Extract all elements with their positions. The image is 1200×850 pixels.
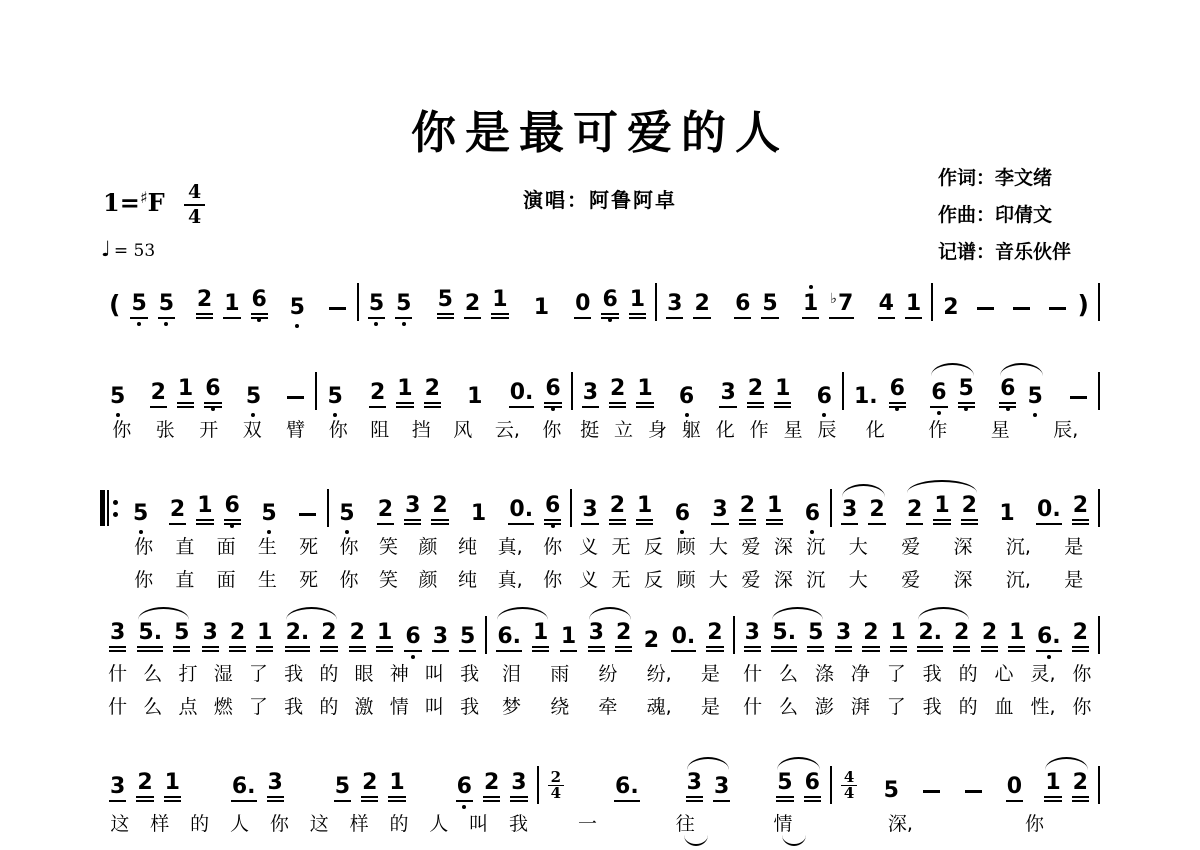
lyric-syllable: 生 [258,536,277,560]
beam-group: 061 [574,289,646,319]
measure: 521210.6你阻挡风云,你 [317,372,572,443]
lyric-syllable: 你 [543,536,562,560]
lyric-syllable: 湃 [851,696,870,720]
note: 1 [533,297,550,319]
note: 5 [260,503,277,525]
measure: (552165 [100,283,359,321]
note: 3 [588,622,605,652]
augmentation-dot: . [788,620,796,645]
lyric-syllable: 牵 [598,696,617,720]
measure: 3221210.2大爱深沉,是大爱深沉,是 [832,489,1100,593]
note: 1 [890,622,907,652]
note: 1 [164,772,181,802]
lyric-syllable: 立 [614,419,633,443]
beam-group: 1 [533,297,550,319]
beam-group: ) [1047,292,1089,319]
note: 6 [674,503,691,525]
lyric-syllable: 颜 [419,569,438,593]
lyric-syllable: 顾 [676,569,695,593]
note: 1 [223,293,240,319]
lyric-syllable: 这 [310,813,329,837]
note: 1 [196,495,213,525]
credits-block: 作词：李文绪 作曲：印倩文 记谱：音乐伙伴 [938,160,1071,271]
note: 1 [636,378,653,408]
note: 6 [930,382,947,408]
augmentation-dot: . [301,620,309,645]
beam-group: 55 [368,293,413,319]
note: 2 [320,622,337,652]
lyric-syllable: 直 [175,569,194,593]
beam-group: 6.2 [1036,622,1089,652]
note: 1 [560,626,577,652]
lyric-syllable: 义 [579,536,598,560]
slur-group: 56 [776,772,821,802]
lyric-syllable: 张 [156,419,175,443]
lyric-syllable: 净 [851,663,870,687]
lyric-syllable: 纯 [458,569,477,593]
dash-note [299,513,316,516]
beam-group: 1.6 [853,378,906,408]
note: 2 [961,495,978,525]
lyric-syllable: 真, [498,569,523,593]
note: 3 [711,499,728,525]
beam-group: 3 [109,622,126,652]
lyric-syllable: 我 [923,663,942,687]
lyric-row: 义无反顾大爱深沉 [572,569,832,593]
lyric-syllable: 大 [849,569,868,593]
notes-row: 523210.6 [329,489,572,527]
lyric-syllable: 真, [498,536,523,560]
note: 1 [532,622,549,652]
note: 1 [256,622,273,652]
slur-group: 33 [686,772,731,802]
measure: 35.53212.2216.2什么涤净了我的心灵,你什么澎湃了我的血性,你 [735,616,1100,720]
lyric-syllable: 生 [258,569,277,593]
lyric-syllable: 你 [134,569,153,593]
lyric-syllable: 面 [217,536,236,560]
lyric-syllable: 了 [887,696,906,720]
notes-row: 246.3356 [539,766,832,804]
note: 3 [835,622,852,652]
lyric-row: 你直面生死 [123,536,329,560]
lyric-syllable: 往 [676,813,695,837]
dash-note [965,790,982,793]
note: 5 [776,772,793,802]
lyric-syllable: 的 [319,663,338,687]
note: 1 [466,386,483,408]
lyric-row: 你直面生死 [123,569,329,593]
lyric-syllable: 了 [249,696,268,720]
notes-row: 35.53212.221635 [100,616,487,654]
note: 3 [666,293,683,319]
lyric-syllable: 魂, [647,696,672,720]
note: 2 [361,772,378,802]
note: 1 [766,495,783,525]
lyric-row: 义无反顾大爱深沉 [572,536,832,560]
lyric-row: 什么涤净了我的心灵,你 [735,663,1100,687]
note: 3 [841,499,858,525]
augmentation-dot: . [934,620,942,645]
beam-group: 6 [678,386,695,408]
dash-note [1070,396,1087,399]
lyric-syllable: 深 [953,536,972,560]
beam-group: 0.2 [671,622,724,652]
notes-row: 6.113220.2 [487,616,734,654]
notes-row: 3216.3521623 [100,766,539,804]
lyric-syllable: 直 [175,536,194,560]
lyric-syllable: 纷 [598,663,617,687]
beam-group: 321 [711,495,783,525]
lyric-syllable: 大 [709,536,728,560]
lyric-syllable: 反 [644,569,663,593]
dash-note [329,307,346,310]
dash-note [923,790,940,793]
beam-group: 0.6 [509,378,562,408]
time-signature: 4 4 [184,182,205,228]
lyric-syllable: 颜 [419,536,438,560]
notes-row: 32163216 [573,372,844,410]
lyric-syllable: 大 [709,569,728,593]
note: 3 [713,776,730,802]
lyric-syllable: 的 [959,696,978,720]
lyric-syllable: 臂 [286,419,305,443]
note: 5 [807,622,824,652]
lyric-syllable: 么 [143,696,162,720]
sharp-icon: ♯ [140,188,148,207]
inline-time-signature: 24 [548,770,564,803]
lyric-syllable: 你 [270,813,289,837]
measure: 32651♭741 [657,283,933,321]
note: 1 [1044,772,1061,802]
note: 2 [747,378,764,408]
note: 6 [804,503,821,525]
beam-group [975,307,996,319]
note: 6 [544,495,561,525]
lyric-syllable: 情 [773,813,792,837]
measure: 32163216义无反顾大爱深沉义无反顾大爱深沉 [572,489,832,593]
sheet-music-page: 你是最可爱的人 演唱：阿鲁阿卓 作词：李文绪 作曲：印倩文 记谱：音乐伙伴 1=… [0,0,1200,850]
lyric-row: 深,你 [832,813,1100,837]
notes-row: 2) [933,283,1100,321]
note: 6 [678,386,695,408]
note: 5 [173,622,190,652]
lyric-syllable: 泪 [502,663,521,687]
lyric-syllable: 纯 [458,536,477,560]
system-3: 52165你直面生死你直面生死523210.6你笑颜纯真,你你笑颜纯真,你321… [100,489,1100,593]
beam-group: 6 [816,386,833,408]
lyric-syllable: 是 [701,696,720,720]
lyric-syllable: 深 [774,536,793,560]
measure: 523210.6你笑颜纯真,你你笑颜纯真,你 [329,489,572,593]
notes-row: 35.53212.2216.2 [735,616,1100,654]
quarter-note-icon: ♩ [101,237,111,261]
lyric-syllable: 么 [779,696,798,720]
lyric-syllable: 沉 [806,536,825,560]
note: 6 [734,293,751,319]
note: 3 [404,495,421,525]
lyric-syllable: 么 [779,663,798,687]
beam-group: 321 [581,495,653,525]
slur-group: 212 [906,495,978,525]
note: 4 [878,293,895,319]
note: 2 [136,772,153,802]
lyric-syllable: 是 [1064,536,1083,560]
lyric-syllable: 我 [460,696,479,720]
note: 1 [933,495,950,525]
lyric-syllable: 纷, [647,663,672,687]
lyric-syllable: 星 [991,419,1010,443]
lyric-syllable: 你 [112,419,131,443]
parenthesis: ( [109,292,120,317]
note: 2 [1072,622,1089,652]
lyric-row: 什么打湿了我的眼神叫我 [100,663,487,687]
repeat-sign [100,489,118,527]
note: 6. [614,776,640,802]
lyric-syllable: 人 [429,813,448,837]
beam-group [921,790,942,802]
note: 6 [816,386,833,408]
lyric-syllable: 了 [249,663,268,687]
note: 5 [289,297,306,319]
lyric-syllable: 你 [1025,813,1044,837]
lyric-syllable: 深 [774,569,793,593]
slur-group: 32 [841,499,886,525]
measure: 2) [933,283,1100,321]
slur-group: 2.2 [285,622,338,652]
lyric-syllable: 笑 [379,569,398,593]
lyric-syllable: 一 [578,813,597,837]
lyric-syllable: 燃 [214,696,233,720]
notes-row: 3221210.2 [832,489,1100,527]
note: 6 [204,378,221,408]
note: 6. [496,626,522,652]
lyric-syllable: 澎 [815,696,834,720]
note: 2 [150,382,167,408]
beam-group: 1 [470,503,487,525]
note: 2 [377,499,394,525]
lyric-syllable: 的 [389,813,408,837]
lyric-syllable: 梦 [502,696,521,720]
augmentation-dot: . [525,497,533,522]
notes-row: 32651♭741 [657,283,933,321]
note: 3 [267,772,284,802]
note: 5. [771,622,797,652]
lyric-syllable: 你 [1072,696,1091,720]
lyric-syllable: 你 [340,536,359,560]
slur-group: 65 [930,378,975,408]
note: 1 [396,378,413,408]
lyric-syllable: 双 [243,419,262,443]
beam-group: 521 [437,289,509,319]
beam-group: 1♭7 [802,292,854,319]
beam-group: 321 [109,772,181,802]
note: 5 [158,293,175,319]
measure: 555211061 [359,283,657,321]
beam-group: 521 [334,772,406,802]
lyric-syllable: 血 [995,696,1014,720]
lyric-syllable: 作 [928,419,947,443]
note: 6 [251,289,268,319]
beam-group: 216 [150,378,222,408]
lyric-row: 化作星辰, [844,419,1100,443]
notes-row: 445012 [832,766,1100,804]
lyric-syllable: 是 [701,663,720,687]
augmentation-dot: . [1052,624,1060,649]
beam-group: 41 [878,293,923,319]
beam-group: 21 [349,622,394,652]
lyric-syllable: 心 [995,663,1014,687]
lyric-row: 挺立身躯化作星辰 [573,419,844,443]
system-1: (55216555521106132651♭7412) [100,283,1100,321]
beam-group: 65 [734,293,779,319]
lyric-syllable: 我 [284,696,303,720]
note: 2 [693,293,710,319]
lyric-syllable: 样 [150,813,169,837]
note: 1 [388,772,405,802]
slur-group: 2.2 [917,622,970,652]
beam-group: (55 [109,292,175,319]
note: 1 [1008,622,1025,652]
parenthesis: ) [1078,292,1089,317]
beam-group: 216 [169,495,241,525]
lyric-syllable: 了 [887,663,906,687]
lyric-row: 你笑颜纯真,你 [329,569,572,593]
lyric-syllable: 你 [543,569,562,593]
beam-group: 3 [744,622,761,652]
system-5: 3216.3521623这样的人你这样的人叫我246.3356一往情445012… [100,766,1100,837]
lyric-syllable: 沉, [1006,536,1031,560]
lyric-syllable: 风 [453,419,472,443]
tempo-marking: ♩= 53 [101,237,155,261]
credit-lyricist: 作词：李文绪 [938,160,1071,197]
lyric-syllable: 沉 [806,569,825,593]
note: 5 [883,780,900,802]
note: 1 [905,293,922,319]
beam-group: 0 [1006,776,1023,802]
lyric-syllable: 爱 [741,569,760,593]
lyric-syllable: 这 [110,813,129,837]
note: 2 [229,622,246,652]
lyric-syllable: 人 [230,813,249,837]
lyric-syllable: 星 [784,419,803,443]
note: 1 [470,503,487,525]
lyric-syllable: 你 [340,569,359,593]
lyric-syllable: 大 [849,536,868,560]
augmentation-dot: . [1052,497,1060,522]
lyric-syllable: 叫 [469,813,488,837]
note: 2 [862,622,879,652]
lyric-syllable: 死 [299,536,318,560]
lyric-syllable: 湿 [214,663,233,687]
note: 5 [368,293,385,319]
key-signature: 1=♯F [103,188,165,217]
measure: 52165你张开双臂 [100,372,317,443]
lyric-syllable: 打 [179,663,198,687]
beam-group: 0.2 [1036,495,1089,525]
notes-row: 52165 [100,372,317,410]
lyric-syllable: 激 [355,696,374,720]
beam-group: 321 [719,378,791,408]
flat-icon: ♭ [830,291,837,307]
lyric-syllable: 开 [199,419,218,443]
notes-row: 555211061 [359,283,657,321]
measure: 32163216挺立身躯化作星辰 [573,372,844,443]
lyric-syllable: 你 [542,419,561,443]
lyric-syllable: 笑 [379,536,398,560]
note: 2 [431,495,448,525]
note: 5 [326,386,343,408]
note: 3 [109,776,126,802]
lyric-syllable: 么 [143,663,162,687]
note: 2 [953,622,970,652]
note: 6 [804,772,821,802]
lyric-syllable: 深 [953,569,972,593]
note: 3 [109,622,126,652]
beam-group: 5 [245,386,262,408]
lyric-syllable: 辰, [1053,419,1078,443]
note: 6 [999,378,1016,408]
measure: 35.53212.221635什么打湿了我的眼神叫我什么点燃了我的激情叫我 [100,616,487,720]
notes-row: 521210.6 [317,372,572,410]
lyric-syllable: 义 [579,569,598,593]
note: 3 [510,772,527,802]
beam-group: 5 [289,297,306,319]
lyric-row: 你笑颜纯真,你 [329,536,572,560]
lyric-syllable: 绕 [550,696,569,720]
lyric-syllable: 阻 [370,419,389,443]
beam-group: 635 [404,626,476,652]
lyric-syllable: 无 [612,536,631,560]
lyric-syllable: 我 [509,813,528,837]
lyric-syllable: 爱 [901,569,920,593]
note: 2 [906,499,923,525]
note: 5. [137,622,163,652]
note: 1 [774,378,791,408]
beam-group: 1 [466,386,483,408]
lyric-syllable: 雨 [550,663,569,687]
lyric-syllable: 反 [644,536,663,560]
lyric-syllable: 身 [648,419,667,443]
beam-group [327,307,348,319]
note: 2 [196,289,213,319]
inline-time-signature: 44 [841,770,857,803]
lyric-syllable: 你 [134,536,153,560]
repeat-dots [113,500,118,517]
note: 1 [629,289,646,319]
lyric-syllable: 叫 [425,663,444,687]
note: 5 [109,386,126,408]
lyric-syllable: 死 [299,569,318,593]
note: 5 [132,503,149,525]
measure: 6.113220.2泪雨纷纷,是梦绕牵魂,是 [487,616,734,720]
note: 2 [643,630,660,652]
beam-group: 2 [643,630,660,652]
note: 2 [609,495,626,525]
lyric-syllable: 挺 [580,419,599,443]
lyric-row: 大爱深沉,是 [832,536,1100,560]
note: 2. [285,622,311,652]
lyric-syllable: 样 [350,813,369,837]
beam-group: 5 [883,780,900,802]
augmentation-dot: . [247,774,255,799]
lyric-syllable: 辰 [817,419,836,443]
slur-group: 32 [588,622,633,652]
note: 6 [404,626,421,652]
beam-group: 6.3 [231,772,284,802]
measure: 52165你直面生死你直面生死 [123,489,329,593]
note: 1 [376,622,393,652]
augmentation-dot: . [687,624,695,649]
